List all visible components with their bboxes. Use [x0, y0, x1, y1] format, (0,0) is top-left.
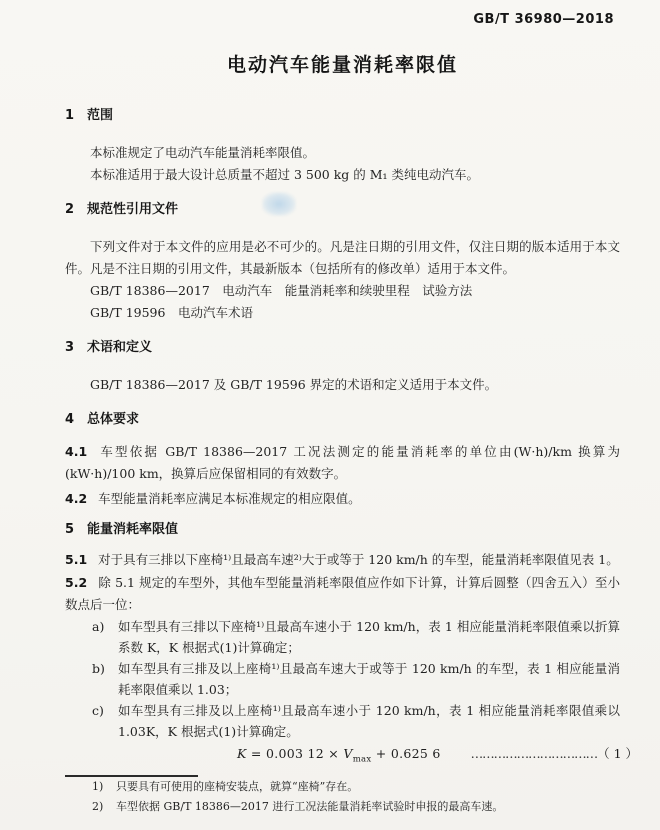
section-title: 能量消耗率限值	[87, 522, 178, 537]
doc-title: 电动汽车能量消耗率限值	[65, 50, 620, 80]
calculation-list: a) 如车型具有三排以下座椅¹⁾且最高车速小于 120 km/h，表 1 相应能…	[65, 616, 620, 742]
clause-text: 车型能量消耗率应满足本标准规定的相应限值。	[98, 491, 361, 506]
clause-5-1: 5.1对于具有三排以下座椅¹⁾且最高车速²⁾大于或等于 120 km/h 的车型…	[65, 549, 620, 571]
section-title: 术语和定义	[87, 340, 152, 355]
document-page: GB/T 36980—2018 电动汽车能量消耗率限值 1范围 本标准规定了电动…	[0, 0, 660, 830]
clause-text: 除 5.1 规定的车型外，其他车型能量消耗率限值应作如下计算，计算后圆整（四舍五…	[65, 575, 620, 612]
list-marker: a)	[65, 616, 118, 658]
reference-item: GB/T 18386—2017 电动汽车 能量消耗率和续驶里程 试验方法	[65, 280, 620, 302]
section-title: 总体要求	[87, 412, 139, 427]
list-marker: b)	[65, 658, 118, 700]
formula-v-subscript: max	[353, 755, 372, 765]
section-2-heading: 2规范性引用文件	[65, 198, 620, 222]
section-number: 5	[65, 522, 74, 537]
clause-4-2: 4.2车型能量消耗率应满足本标准规定的相应限值。	[65, 488, 620, 510]
footnote-1: 1) 只要具有可使用的座椅安装点，就算“座椅”存在。	[65, 777, 620, 797]
footnote-2: 2) 车型依据 GB/T 18386—2017 进行工况法能量消耗率试验时申报的…	[65, 797, 620, 817]
formula-constant: + 0.625 6	[372, 746, 441, 761]
list-item-text: 如车型具有三排及以上座椅¹⁾且最高车速大于或等于 120 km/h 的车型，表 …	[118, 658, 620, 700]
formula-expression: K = 0.003 12 × Vmax + 0.625 6	[237, 744, 441, 770]
clause-number: 4.1	[65, 444, 87, 459]
clause-number: 4.2	[65, 491, 87, 506]
clause-number: 5.1	[65, 552, 87, 567]
formula-v: V	[343, 746, 352, 761]
footnote-text: 只要具有可使用的座椅安装点，就算“座椅”存在。	[116, 777, 620, 797]
section-number: 2	[65, 202, 74, 217]
doc-code: GB/T 36980—2018	[65, 12, 620, 28]
section-title: 规范性引用文件	[87, 202, 178, 217]
footnote-text: 车型依据 GB/T 18386—2017 进行工况法能量消耗率试验时申报的最高车…	[116, 797, 620, 817]
list-item-b: b) 如车型具有三排及以上座椅¹⁾且最高车速大于或等于 120 km/h 的车型…	[65, 658, 620, 700]
paragraph: 本标准适用于最大设计总质量不超过 3 500 kg 的 M₁ 类纯电动汽车。	[65, 164, 620, 186]
clause-number: 5.2	[65, 575, 87, 590]
clause-5-2: 5.2除 5.1 规定的车型外，其他车型能量消耗率限值应作如下计算，计算后圆整（…	[65, 572, 620, 616]
formula-number: （ 1 ）	[597, 744, 638, 764]
section-number: 4	[65, 412, 74, 427]
section-5-heading: 5能量消耗率限值	[65, 518, 620, 542]
formula-1: K = 0.003 12 × Vmax + 0.625 6 ……………………………	[65, 744, 638, 770]
section-1-heading: 1范围	[65, 104, 620, 128]
reference-item: GB/T 19596 电动汽车术语	[65, 302, 620, 324]
clause-text: 对于具有三排以下座椅¹⁾且最高车速²⁾大于或等于 120 km/h 的车型，能量…	[98, 552, 619, 567]
formula-operator: = 0.003 12 ×	[247, 746, 344, 761]
section-4-heading: 4总体要求	[65, 408, 620, 432]
paragraph: GB/T 18386—2017 及 GB/T 19596 界定的术语和定义适用于…	[65, 374, 620, 396]
section-number: 3	[65, 340, 74, 355]
list-item-a: a) 如车型具有三排以下座椅¹⁾且最高车速小于 120 km/h，表 1 相应能…	[65, 616, 620, 658]
section-number: 1	[65, 108, 74, 123]
footnote-marker: 2)	[65, 797, 116, 817]
list-item-text: 如车型具有三排及以上座椅¹⁾且最高车速小于 120 km/h，表 1 相应能量消…	[118, 700, 620, 742]
section-title: 范围	[87, 108, 113, 123]
paragraph: 下列文件对于本文件的应用是必不可少的。凡是注日期的引用文件，仅注日期的版本适用于…	[65, 236, 620, 280]
formula-leader-dots: ………………………………	[471, 744, 597, 764]
formula-k: K	[237, 746, 247, 761]
list-item-text: 如车型具有三排以下座椅¹⁾且最高车速小于 120 km/h，表 1 相应能量消耗…	[118, 616, 620, 658]
paragraph: 本标准规定了电动汽车能量消耗率限值。	[65, 142, 620, 164]
footnote-marker: 1)	[65, 777, 116, 797]
section-3-heading: 3术语和定义	[65, 336, 620, 360]
clause-4-1: 4.1车型依据 GB/T 18386—2017 工况法测定的能量消耗率的单位由(…	[65, 441, 620, 485]
list-item-c: c) 如车型具有三排及以上座椅¹⁾且最高车速小于 120 km/h，表 1 相应…	[65, 700, 620, 742]
list-marker: c)	[65, 700, 118, 742]
clause-text: 车型依据 GB/T 18386—2017 工况法测定的能量消耗率的单位由(W·h…	[65, 444, 620, 481]
